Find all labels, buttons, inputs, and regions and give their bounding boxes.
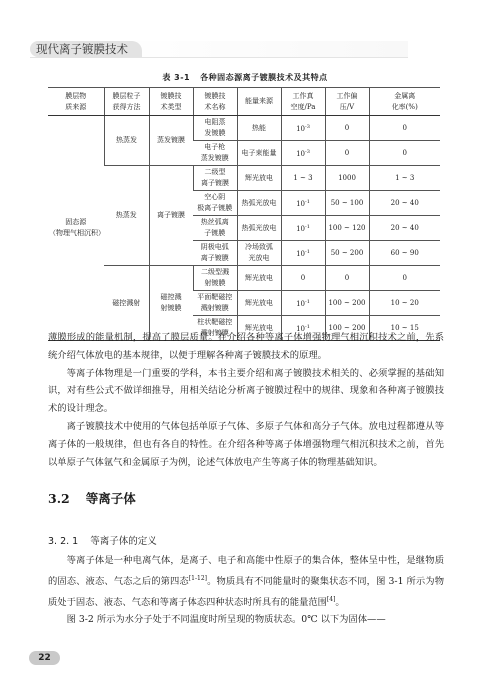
vacuum-cell: 10-1 [281,291,325,316]
vacuum-cell: 10-3 [281,116,325,141]
ionization-cell: 10 ~ 20 [369,291,440,316]
table-caption: 表 3-1各种固态源离子镀膜技术及其特点 [0,72,490,83]
header-vacuum: 工作真空度/Pa [281,88,325,116]
vacuum-cell: 1 ~ 3 [281,166,325,191]
energy-cell: 电子束能量 [237,141,281,166]
energy-cell: 冷场致弧光放电 [237,241,281,266]
table-row: 热蒸发 离子镀膜 二级型离子镀膜 辉光放电 1 ~ 3 1000 1 ~ 3 [48,166,440,191]
ionization-cell: 0 [369,266,440,291]
energy-cell: 辉光放电 [237,166,281,191]
method-cell: 热蒸发 [104,166,149,266]
name-cell: 阴极电弧离子镀膜 [193,241,237,266]
name-cell: 电阻蒸发镀膜 [193,116,237,141]
ionization-cell: 60 ~ 90 [369,241,440,266]
header-ionization: 金属离化率(%) [369,88,440,116]
type-cell: 蒸发镀膜 [149,116,193,166]
name-cell: 空心阴极离子镀膜 [193,191,237,216]
bias-cell: 0 [325,266,369,291]
method-cell: 热蒸发 [104,116,149,166]
paragraph: 薄膜形成的能量机制，提高了膜层质量。在介绍各种等离子体增强物理气相沉积技术之前，… [48,329,444,365]
energy-cell: 辉光放电 [237,266,281,291]
ionization-cell: 0 [369,116,440,141]
bias-cell: 0 [325,141,369,166]
bias-cell: 100 ~ 200 [325,291,369,316]
data-table: 膜层物质来源 膜层粒子获得方法 镀膜技术类型 镀膜技术名称 能量来源 工作真空度… [48,87,440,341]
bias-cell: 100 ~ 120 [325,216,369,241]
paragraph: 图 3-2 所示为水分子处于不同温度时所呈现的物质状态。0℃ 以下为固体—— [48,611,444,629]
page-number: 22 [29,651,60,665]
body-text-block-1: 薄膜形成的能量机制，提高了膜层质量。在介绍各种等离子体增强物理气相沉积技术之前，… [48,329,444,471]
table-number: 表 3-1 [162,73,190,82]
header-source: 膜层物质来源 [48,88,104,116]
header-energy: 能量来源 [237,88,281,116]
vacuum-cell: 10-1 [281,191,325,216]
name-cell: 二级型离子镀膜 [193,166,237,191]
table-title: 各种固态源离子镀膜技术及其特点 [200,73,328,82]
body-text-block-2: 等离子体是一种电离气体，是离子、电子和高能中性原子的集合体，整体呈中性，是继物质… [48,552,444,629]
type-cell: 离子镀膜 [149,166,193,266]
name-cell: 电子枪蒸发镀膜 [193,141,237,166]
bias-cell: 0 [325,116,369,141]
header-method: 膜层粒子获得方法 [104,88,149,116]
paragraph: 离子镀膜技术中使用的气体包括单原子气体、多原子气体和高分子气体。放电过程都遵从等… [48,418,444,471]
header-name: 镀膜技术名称 [193,88,237,116]
ionization-cell: 20 ~ 40 [369,216,440,241]
bias-cell: 1000 [325,166,369,191]
header-bias: 工作偏压/V [325,88,369,116]
paragraph: 等离子体是一种电离气体，是离子、电子和高能中性原子的集合体，整体呈中性，是继物质… [48,552,444,611]
subsection-heading: 3. 2. 1等离子体的定义 [48,533,157,547]
table-row: 固态源（物理气相沉积） 热蒸发 蒸发镀膜 电阻蒸发镀膜 热能 10-3 0 0 [48,116,440,141]
vacuum-cell: 10-3 [281,141,325,166]
paragraph: 等离子体物理是一门重要的学科，本书主要介绍和离子镀膜技术相关的、必须掌握的基础知… [48,365,444,418]
subsection-title: 等离子体的定义 [90,536,157,547]
energy-cell: 热弧光放电 [237,216,281,241]
table-row: 磁控溅射 磁控溅射镀膜 二级型溅射镀膜 辉光放电 0 0 0 [48,266,440,291]
section-title: 等离子体 [86,491,136,506]
name-cell: 平面靶磁控溅射镀膜 [193,291,237,316]
section-number: 3.2 [48,491,70,506]
bias-cell: 50 ~ 100 [325,191,369,216]
energy-cell: 热能 [237,116,281,141]
section-heading: 3.2等离子体 [48,489,136,507]
header-type: 镀膜技术类型 [149,88,193,116]
ionization-cell: 0 [369,141,440,166]
running-head: 现代离子镀膜技术 [30,41,408,58]
table-header-row: 膜层物质来源 膜层粒子获得方法 镀膜技术类型 镀膜技术名称 能量来源 工作真空度… [48,88,440,116]
name-cell: 热丝弧离子镀膜 [193,216,237,241]
running-head-title: 现代离子镀膜技术 [30,41,142,57]
vacuum-cell: 10-1 [281,241,325,266]
vacuum-cell: 0 [281,266,325,291]
vacuum-cell: 10-1 [281,216,325,241]
ionization-cell: 1 ~ 3 [369,166,440,191]
energy-cell: 热弧光放电 [237,191,281,216]
ionization-cell: 20 ~ 40 [369,191,440,216]
energy-cell: 辉光放电 [237,291,281,316]
name-cell: 二级型溅射镀膜 [193,266,237,291]
bias-cell: 50 ~ 200 [325,241,369,266]
subsection-number: 3. 2. 1 [48,536,78,547]
source-cell: 固态源（物理气相沉积） [48,116,104,341]
citation: [1-12] [189,575,207,582]
